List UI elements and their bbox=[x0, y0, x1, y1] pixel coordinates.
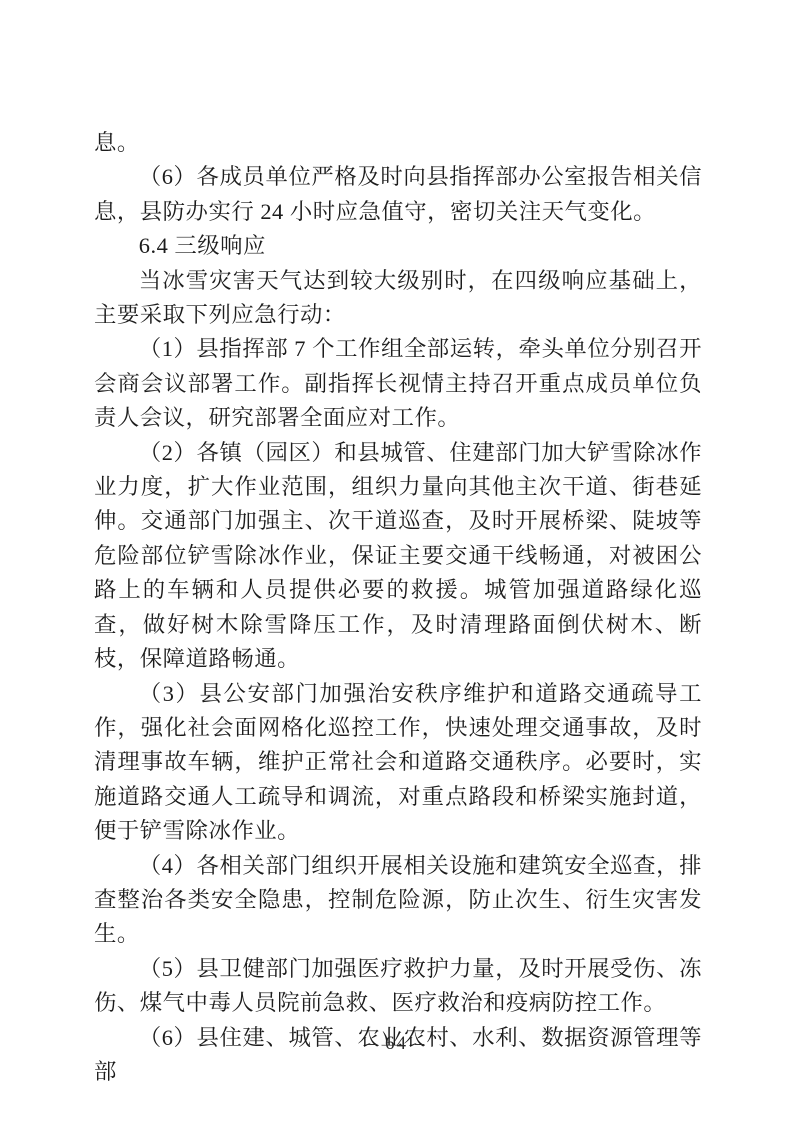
paragraph: （3）县公安部门加强治安秩序维护和道路交通疏导工作，强化社会面网格化巡控工作，快… bbox=[94, 677, 702, 849]
paragraph: （6）各成员单位严格及时向县指挥部办公室报告相关信息，县防办实行 24 小时应急… bbox=[94, 160, 702, 229]
paragraph-continuation: 息。 bbox=[94, 126, 702, 160]
paragraph: 当冰雪灾害天气达到较大级别时，在四级响应基础上，主要采取下列应急行动： bbox=[94, 264, 702, 333]
paragraph: （2）各镇（园区）和县城管、住建部门加大铲雪除冰作业力度，扩大作业范围，组织力量… bbox=[94, 436, 702, 677]
paragraph: （5）县卫健部门加强医疗救护力量，及时开展受伤、冻伤、煤气中毒人员院前急救、医疗… bbox=[94, 952, 702, 1021]
paragraph: （1）县指挥部 7 个工作组全部运转，牵头单位分别召开会商会议部署工作。副指挥长… bbox=[94, 332, 702, 435]
paragraph: （4）各相关部门组织开展相关设施和建筑安全巡查，排查整治各类安全隐患，控制危险源… bbox=[94, 849, 702, 952]
page-number: – 64 – bbox=[0, 1032, 793, 1056]
page-text-block: 息。 （6）各成员单位严格及时向县指挥部办公室报告相关信息，县防办实行 24 小… bbox=[94, 126, 702, 1089]
document-page: 息。 （6）各成员单位严格及时向县指挥部办公室报告相关信息，县防办实行 24 小… bbox=[0, 0, 793, 1122]
section-heading: 6.4 三级响应 bbox=[94, 229, 702, 263]
